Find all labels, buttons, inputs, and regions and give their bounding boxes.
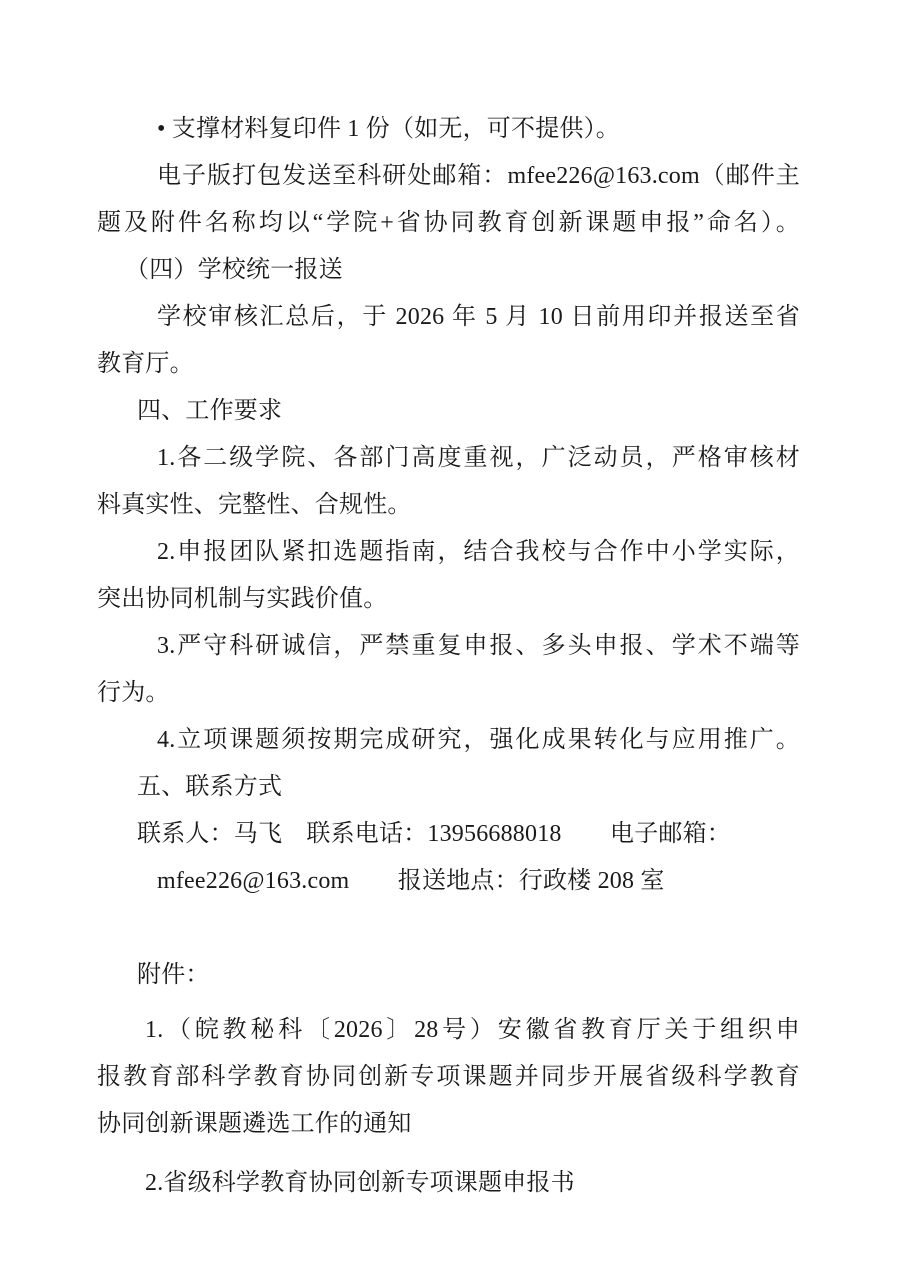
heading-contact: 五、联系方式 [137,764,800,811]
req-item3-line2: 行为。 [97,670,800,717]
req-item3-line1: 3.严守科研诚信，严禁重复申报、多头申报、学术不端等 [157,623,800,670]
attachments-label: 附件： [137,952,800,999]
req-item2-line1: 2.申报团队紧扣选题指南，结合我校与合作中小学实际， [157,529,800,576]
para-school-review-line2: 教育厅。 [97,341,800,388]
blank-line [97,905,800,952]
contact-email-address-line: mfee226@163.com 报送地点：行政楼 208 室 [157,858,800,905]
attachment-1-line3: 协同创新课题遴选工作的通知 [97,1101,800,1148]
para-school-review-line1: 学校审核汇总后，于 2026 年 5 月 10 日前用印并报送至省 [157,294,800,341]
req-item1-line2: 料真实性、完整性、合规性。 [97,482,800,529]
attachment-1-line2: 报教育部科学教育协同创新专项课题并同步开展省级科学教育 [97,1054,800,1101]
contact-person-phone-line: 联系人：马飞 联系电话：13956688018 电子邮箱： [137,811,800,858]
heading-work-requirements: 四、工作要求 [137,388,800,435]
attachment-1-line1: 1.（皖教秘科〔2026〕28号）安徽省教育厅关于组织申 [145,1007,800,1054]
req-item4: 4.立项课题须按期完成研究，强化成果转化与应用推广。 [157,717,800,764]
attachment-2: 2.省级科学教育协同创新专项课题申报书 [145,1160,800,1207]
para-email-submit-line2: 题及附件名称均以“学院+省协同教育创新课题申报”命名）。 [97,200,800,247]
req-item1-line1: 1.各二级学院、各部门高度重视，广泛动员，严格审核材 [157,435,800,482]
req-item2-line2: 突出协同机制与实践价值。 [97,576,800,623]
heading-section4-submission: （四）学校统一报送 [125,247,800,294]
bullet-support-materials: • 支撑材料复印件 1 份（如无，可不提供）。 [157,106,800,153]
document-page: • 支撑材料复印件 1 份（如无，可不提供）。 电子版打包发送至科研处邮箱：mf… [0,0,900,1273]
para-email-submit-line1: 电子版打包发送至科研处邮箱：mfee226@163.com（邮件主 [157,153,800,200]
